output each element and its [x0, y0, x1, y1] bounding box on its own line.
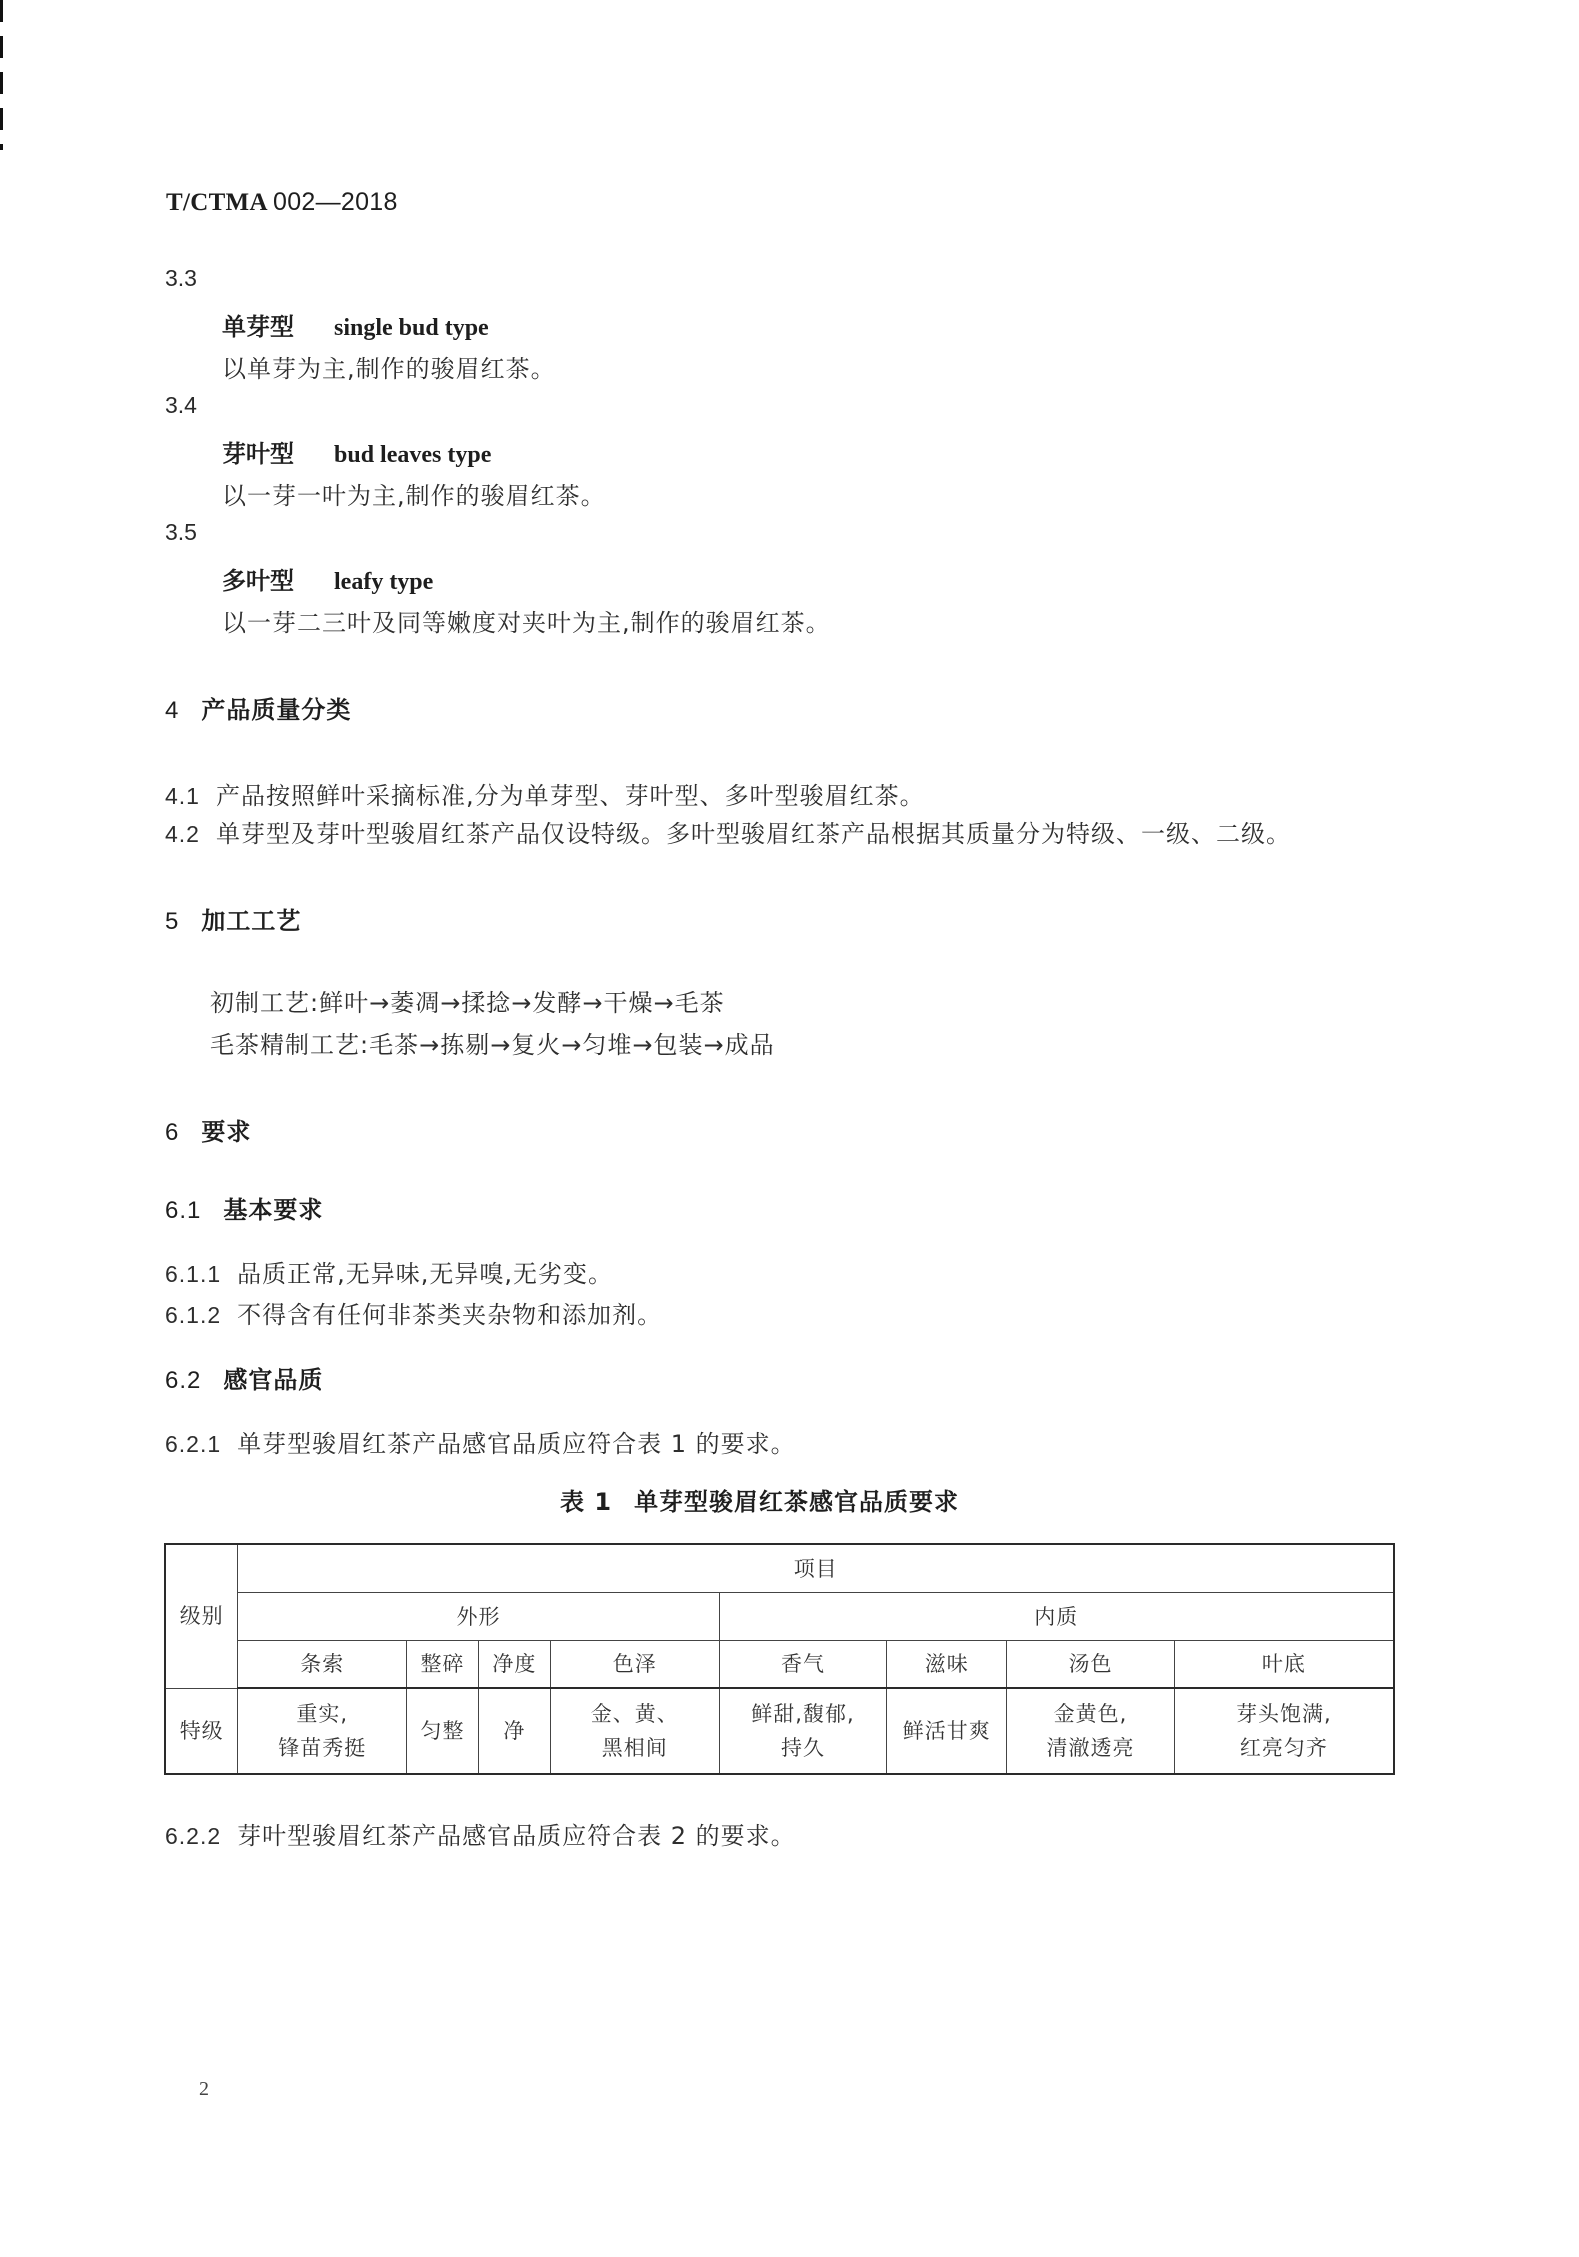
section-6-2-heading: 6.2感官品质 — [165, 1360, 323, 1395]
cell-color: 金、黄、黑相间 — [550, 1688, 719, 1774]
term-3-4-number: 3.4 — [165, 392, 197, 419]
clause-6-1-2: 6.1.2不得含有任何非茶类夹杂物和添加剂。 — [165, 1295, 662, 1330]
cell-line: 净 — [479, 1714, 550, 1748]
cell-line: 清澈透亮 — [1007, 1731, 1174, 1765]
term-3-5-title: 多叶型leafy type — [222, 561, 433, 596]
section-5-heading: 5加工工艺 — [165, 901, 301, 936]
cell-line: 持久 — [720, 1731, 887, 1765]
cell-cleanness: 净 — [478, 1688, 550, 1774]
term-3-4-definition: 以一芽一叶为主,制作的骏眉红茶。 — [222, 476, 606, 511]
column-header-shape: 条索 — [238, 1641, 407, 1689]
clause-number: 6.1.1 — [165, 1261, 221, 1288]
section-title: 要求 — [201, 1118, 251, 1146]
clause-text: 品质正常,无异味,无异嗅,无劣变。 — [237, 1260, 613, 1288]
standard-prefix: T/CTMA — [166, 189, 266, 216]
cell-line: 黑相间 — [551, 1731, 719, 1765]
clause-4-2: 4.2单芽型及芽叶型骏眉红茶产品仅设特级。多叶型骏眉红茶产品根据其质量分为特级、… — [165, 814, 1291, 849]
cell-evenness: 匀整 — [407, 1688, 479, 1774]
clause-text: 芽叶型骏眉红茶产品感官品质应符合表 2 的要求。 — [237, 1822, 796, 1850]
term-3-3-number: 3.3 — [165, 265, 197, 292]
term-3-3-title: 单芽型single bud type — [222, 307, 489, 342]
term-zh: 单芽型 — [222, 313, 294, 341]
column-header-aroma: 香气 — [719, 1641, 887, 1689]
section-6-1-heading: 6.1基本要求 — [165, 1190, 323, 1225]
clause-6-2-2: 6.2.2芽叶型骏眉红茶产品感官品质应符合表 2 的要求。 — [165, 1816, 796, 1851]
appearance-group-header: 外形 — [238, 1593, 719, 1641]
cell-liquor-color: 金黄色,清澈透亮 — [1007, 1688, 1175, 1774]
clause-text: 单芽型骏眉红茶产品感官品质应符合表 1 的要求。 — [237, 1430, 796, 1458]
term-en: single bud type — [334, 315, 489, 341]
cell-line: 金黄色, — [1007, 1697, 1174, 1731]
cell-line: 匀整 — [407, 1714, 478, 1748]
cell-aroma: 鲜甜,馥郁,持久 — [719, 1688, 887, 1774]
section-number: 6 — [165, 1119, 179, 1146]
clause-text: 产品按照鲜叶采摘标准,分为单芽型、芽叶型、多叶型骏眉红茶。 — [216, 782, 925, 810]
section-number: 4 — [165, 697, 179, 724]
term-zh: 多叶型 — [222, 567, 294, 595]
section-6-heading: 6要求 — [165, 1112, 251, 1147]
table-1-caption: 表 1单芽型骏眉红茶感官品质要求 — [560, 1482, 959, 1517]
term-3-5-definition: 以一芽二三叶及同等嫩度对夹叶为主,制作的骏眉红茶。 — [222, 603, 831, 638]
clause-6-1-1: 6.1.1品质正常,无异味,无异嗅,无劣变。 — [165, 1254, 613, 1289]
section-title: 感官品质 — [223, 1366, 323, 1394]
clause-number: 4.1 — [165, 783, 200, 810]
grade-header: 级别 — [165, 1544, 238, 1688]
items-header: 项目 — [238, 1544, 1394, 1593]
term-3-3-definition: 以单芽为主,制作的骏眉红茶。 — [222, 349, 556, 384]
section-number: 6.1 — [165, 1197, 201, 1224]
term-en: bud leaves type — [334, 442, 491, 468]
clause-text: 单芽型及芽叶型骏眉红茶产品仅设特级。多叶型骏眉红茶产品根据其质量分为特级、一级、… — [216, 820, 1291, 848]
column-header-liquor-color: 汤色 — [1007, 1641, 1175, 1689]
clause-text: 不得含有任何非茶类夹杂物和添加剂。 — [237, 1301, 662, 1329]
section-4-heading: 4产品质量分类 — [165, 690, 351, 725]
section-number: 6.2 — [165, 1367, 201, 1394]
section-number: 5 — [165, 908, 179, 935]
clause-number: 6.1.2 — [165, 1302, 221, 1329]
internal-quality-group-header: 内质 — [719, 1593, 1394, 1641]
sensory-quality-table: 级别 项目 外形 内质 条索 整碎 净度 色泽 香气 滋味 汤色 叶底 特级 重… — [164, 1543, 1395, 1775]
process-primary: 初制工艺:鲜叶→萎凋→揉捻→发酵→干燥→毛茶 — [210, 983, 725, 1018]
clause-6-2-1: 6.2.1单芽型骏眉红茶产品感官品质应符合表 1 的要求。 — [165, 1424, 796, 1459]
page-number: 2 — [199, 2078, 209, 2101]
cell-line: 鲜活甘爽 — [887, 1714, 1006, 1748]
standard-number: 002—2018 — [273, 188, 398, 216]
column-header-infused-leaf: 叶底 — [1174, 1641, 1394, 1689]
cell-taste: 鲜活甘爽 — [887, 1688, 1007, 1774]
cell-line: 重实, — [238, 1697, 406, 1731]
cell-line: 芽头饱满, — [1175, 1697, 1393, 1731]
term-zh: 芽叶型 — [222, 440, 294, 468]
table-row: 特级 重实,锋苗秀挺 匀整 净 金、黄、黑相间 鲜甜,馥郁,持久 鲜活甘爽 金黄… — [165, 1688, 1394, 1774]
cell-line: 金、黄、 — [551, 1697, 719, 1731]
column-header-evenness: 整碎 — [407, 1641, 479, 1689]
scan-binding-edge — [0, 0, 3, 150]
table-caption-label: 表 1 — [560, 1488, 612, 1516]
term-3-5-number: 3.5 — [165, 519, 197, 546]
cell-line: 红亮匀齐 — [1175, 1731, 1393, 1765]
section-title: 产品质量分类 — [201, 696, 351, 724]
clause-number: 6.2.2 — [165, 1823, 221, 1850]
grade-cell: 特级 — [165, 1688, 238, 1774]
table-caption-title: 单芽型骏眉红茶感官品质要求 — [634, 1488, 959, 1516]
column-header-color: 色泽 — [550, 1641, 719, 1689]
column-header-cleanness: 净度 — [478, 1641, 550, 1689]
cell-line: 鲜甜,馥郁, — [720, 1697, 887, 1731]
column-header-taste: 滋味 — [887, 1641, 1007, 1689]
cell-shape: 重实,锋苗秀挺 — [238, 1688, 407, 1774]
term-en: leafy type — [334, 569, 433, 595]
cell-line: 锋苗秀挺 — [238, 1731, 406, 1765]
cell-infused-leaf: 芽头饱满,红亮匀齐 — [1174, 1688, 1394, 1774]
process-refining: 毛茶精制工艺:毛茶→拣剔→复火→匀堆→包装→成品 — [210, 1025, 775, 1060]
clause-number: 6.2.1 — [165, 1431, 221, 1458]
term-3-4-title: 芽叶型bud leaves type — [222, 434, 491, 469]
clause-number: 4.2 — [165, 821, 200, 848]
clause-4-1: 4.1产品按照鲜叶采摘标准,分为单芽型、芽叶型、多叶型骏眉红茶。 — [165, 776, 925, 811]
section-title: 加工工艺 — [201, 907, 301, 935]
standard-code: T/CTMA 002—2018 — [166, 188, 398, 217]
section-title: 基本要求 — [223, 1196, 323, 1224]
